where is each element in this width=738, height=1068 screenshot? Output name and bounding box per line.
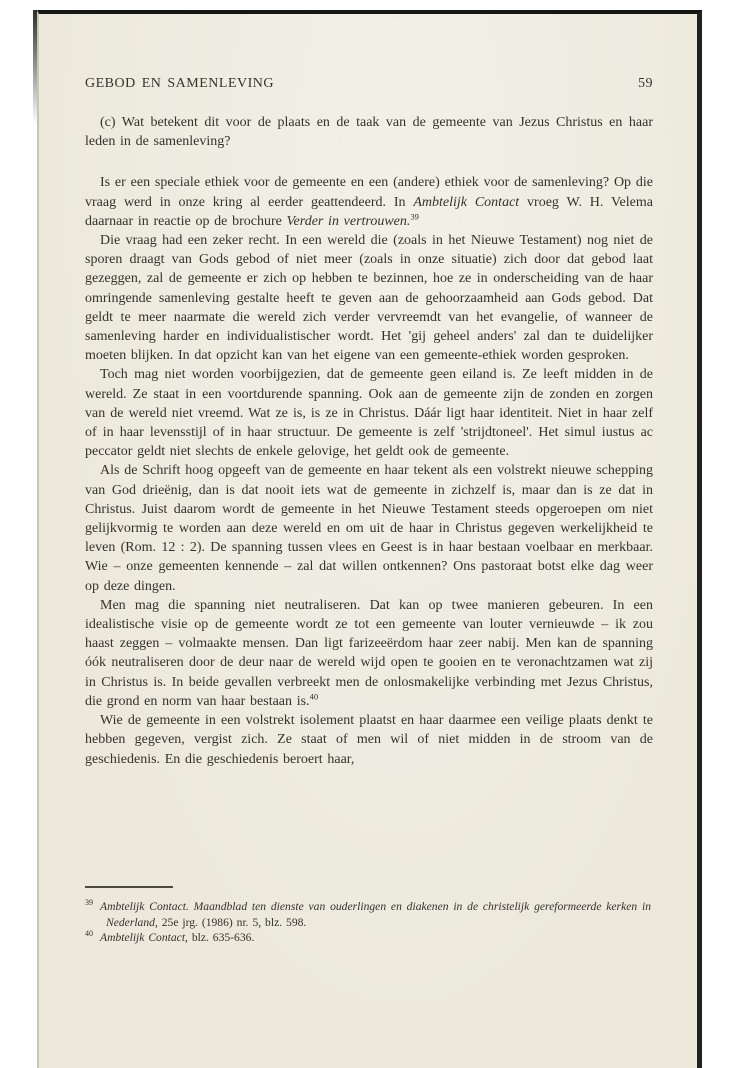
footnotes-list: 39Ambtelijk Contact. Maandblad ten diens… [85,899,651,946]
body-paragraph: Die vraag had een zeker recht. In een we… [85,231,653,365]
text-run: Wie de gemeente in een volstrekt isoleme… [85,713,653,766]
body-paragraph: Is er een speciale ethiek voor de gemeen… [85,173,653,231]
body-paragraph: Wie de gemeente in een volstrekt isoleme… [85,711,653,769]
footnote-separator-rule [85,886,173,888]
text-run: blz. 635-636. [188,931,254,944]
body-paragraph: Toch mag niet worden voorbijgezien, dat … [85,365,653,461]
body-paragraph: Als de Schrift hoog opgeeft van de gemee… [85,461,653,595]
scanned-document-view: GEBOD EN SAMENLEVING 59 (c) Wat betekent… [0,0,738,1068]
text-run: 25e jrg. (1986) nr. 5, blz. 598. [158,916,306,929]
book-page: GEBOD EN SAMENLEVING 59 (c) Wat betekent… [37,10,702,1068]
italic-text: Verder in vertrouwen. [287,214,411,229]
italic-text: Ambtelijk Contact [413,195,519,210]
page-number: 59 [638,76,653,92]
footnote: 40Ambtelijk Contact, blz. 635-636. [85,930,651,946]
footnote-reference: 40 [310,691,319,701]
text-run: Die vraag had een zeker recht. In een we… [85,233,653,363]
body-text: (c) Wat betekent dit voor de plaats en d… [39,92,697,769]
footnote-reference: 39 [410,211,419,221]
page-header: GEBOD EN SAMENLEVING 59 [39,14,697,92]
text-run: Toch mag niet worden voorbijgezien, dat … [85,367,653,459]
footnotes-section: 39Ambtelijk Contact. Maandblad ten diens… [85,886,651,946]
text-run: Als de Schrift hoog opgeeft van de gemee… [85,463,653,593]
body-paragraph: Men mag die spanning niet neutraliseren.… [85,596,653,711]
footnote-marker: 39 [85,898,93,907]
text-run: Men mag die spanning niet neutraliseren.… [85,598,653,709]
body-paragraph: (c) Wat betekent dit voor de plaats en d… [85,113,653,151]
text-run: (c) Wat betekent dit voor de plaats en d… [85,115,653,149]
footnote-marker: 40 [85,929,93,938]
italic-text: Ambtelijk Contact, [100,931,188,944]
running-header-title: GEBOD EN SAMENLEVING [85,76,274,92]
footnote: 39Ambtelijk Contact. Maandblad ten diens… [85,899,651,930]
